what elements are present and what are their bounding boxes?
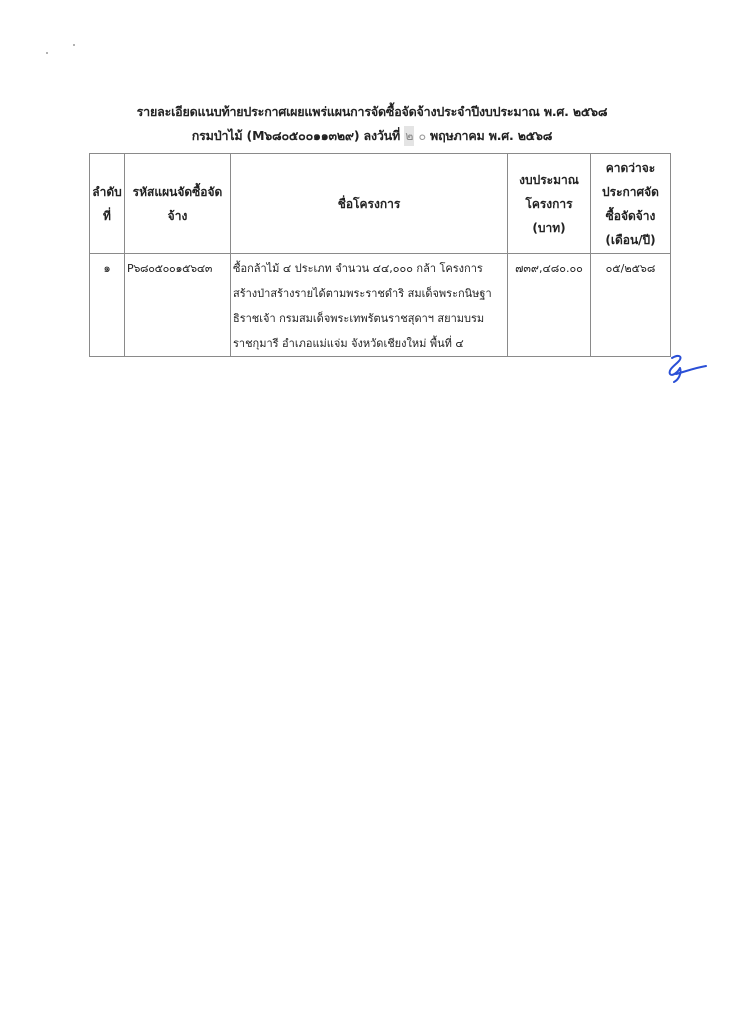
header-budget: งบประมาณ โครงการ (บาท) — [508, 154, 591, 254]
header-name-line1: ชื่อโครงการ — [231, 192, 507, 216]
scan-speck — [73, 44, 75, 46]
row-project-name: ซื้อกล้าไม้ ๔ ประเภท จำนวน ๔๔,๐๐๐ กล้า โ… — [231, 254, 508, 357]
row-budget: ๗๓๙,๔๘๐.๐๐ — [508, 254, 591, 357]
header-seq-line2: ที่ — [90, 204, 124, 228]
header-code-line1: รหัสแผนจัดซื้อจัด — [125, 180, 230, 204]
subtitle-suffix: พฤษภาคม พ.ศ. ๒๕๖๘ — [430, 128, 552, 143]
header-seq: ลำดับ ที่ — [90, 154, 125, 254]
project-name-line: ธิราชเจ้า กรมสมเด็จพระเทพรัตนราชสุดาฯ สย… — [233, 306, 505, 331]
header-budget-line2: โครงการ — [508, 192, 590, 216]
signature-icon — [660, 352, 710, 388]
row-plan-code: P๖๘๐๕๐๐๑๕๖๔๓ — [125, 254, 231, 357]
header-plan-code: รหัสแผนจัดซื้อจัด จ้าง — [125, 154, 231, 254]
row-seq: ๑ — [90, 254, 125, 357]
scan-speck — [46, 52, 48, 54]
document-title: รายละเอียดแนบท้ายประกาศเผยแพร่แผนการจัดซ… — [0, 102, 744, 122]
project-name-line: ซื้อกล้าไม้ ๔ ประเภท จำนวน ๔๔,๐๐๐ กล้า โ… — [233, 256, 505, 281]
date-day-digit2: ๐ — [418, 128, 425, 143]
procurement-plan-table: ลำดับ ที่ รหัสแผนจัดซื้อจัด จ้าง ชื่อโคร… — [89, 153, 671, 357]
date-day-digit1: ๒ — [404, 126, 414, 146]
header-expect-line1: คาดว่าจะ — [591, 156, 670, 180]
subtitle-prefix: กรมป่าไม้ (M๖๘๐๕๐๐๑๑๓๒๙) ลงวันที่ — [192, 128, 400, 143]
header-expect-line3: ซื้อจัดจ้าง — [591, 204, 670, 228]
table-row: ๑ P๖๘๐๕๐๐๑๕๖๔๓ ซื้อกล้าไม้ ๔ ประเภท จำนว… — [90, 254, 671, 357]
header-project-name: ชื่อโครงการ — [231, 154, 508, 254]
project-name-line: ราชกุมารี อำเภอแม่แจ่ม จังหวัดเชียงใหม่ … — [233, 331, 505, 356]
row-expected-date: ๐๕/๒๕๖๘ — [591, 254, 671, 357]
document-subtitle: กรมป่าไม้ (M๖๘๐๕๐๐๑๑๓๒๙) ลงวันที่ ๒ ๐ พฤ… — [0, 126, 744, 146]
project-name-line: สร้างป่าสร้างรายได้ตามพระราชดำริ สมเด็จพ… — [233, 281, 505, 306]
header-expect-line2: ประกาศจัด — [591, 180, 670, 204]
header-code-line2: จ้าง — [125, 204, 230, 228]
header-expect-line4: (เดือน/ปี) — [591, 228, 670, 252]
table-header-row: ลำดับ ที่ รหัสแผนจัดซื้อจัด จ้าง ชื่อโคร… — [90, 154, 671, 254]
header-budget-line1: งบประมาณ — [508, 168, 590, 192]
header-expected-date: คาดว่าจะ ประกาศจัด ซื้อจัดจ้าง (เดือน/ปี… — [591, 154, 671, 254]
header-budget-line3: (บาท) — [508, 216, 590, 240]
header-seq-line1: ลำดับ — [90, 180, 124, 204]
